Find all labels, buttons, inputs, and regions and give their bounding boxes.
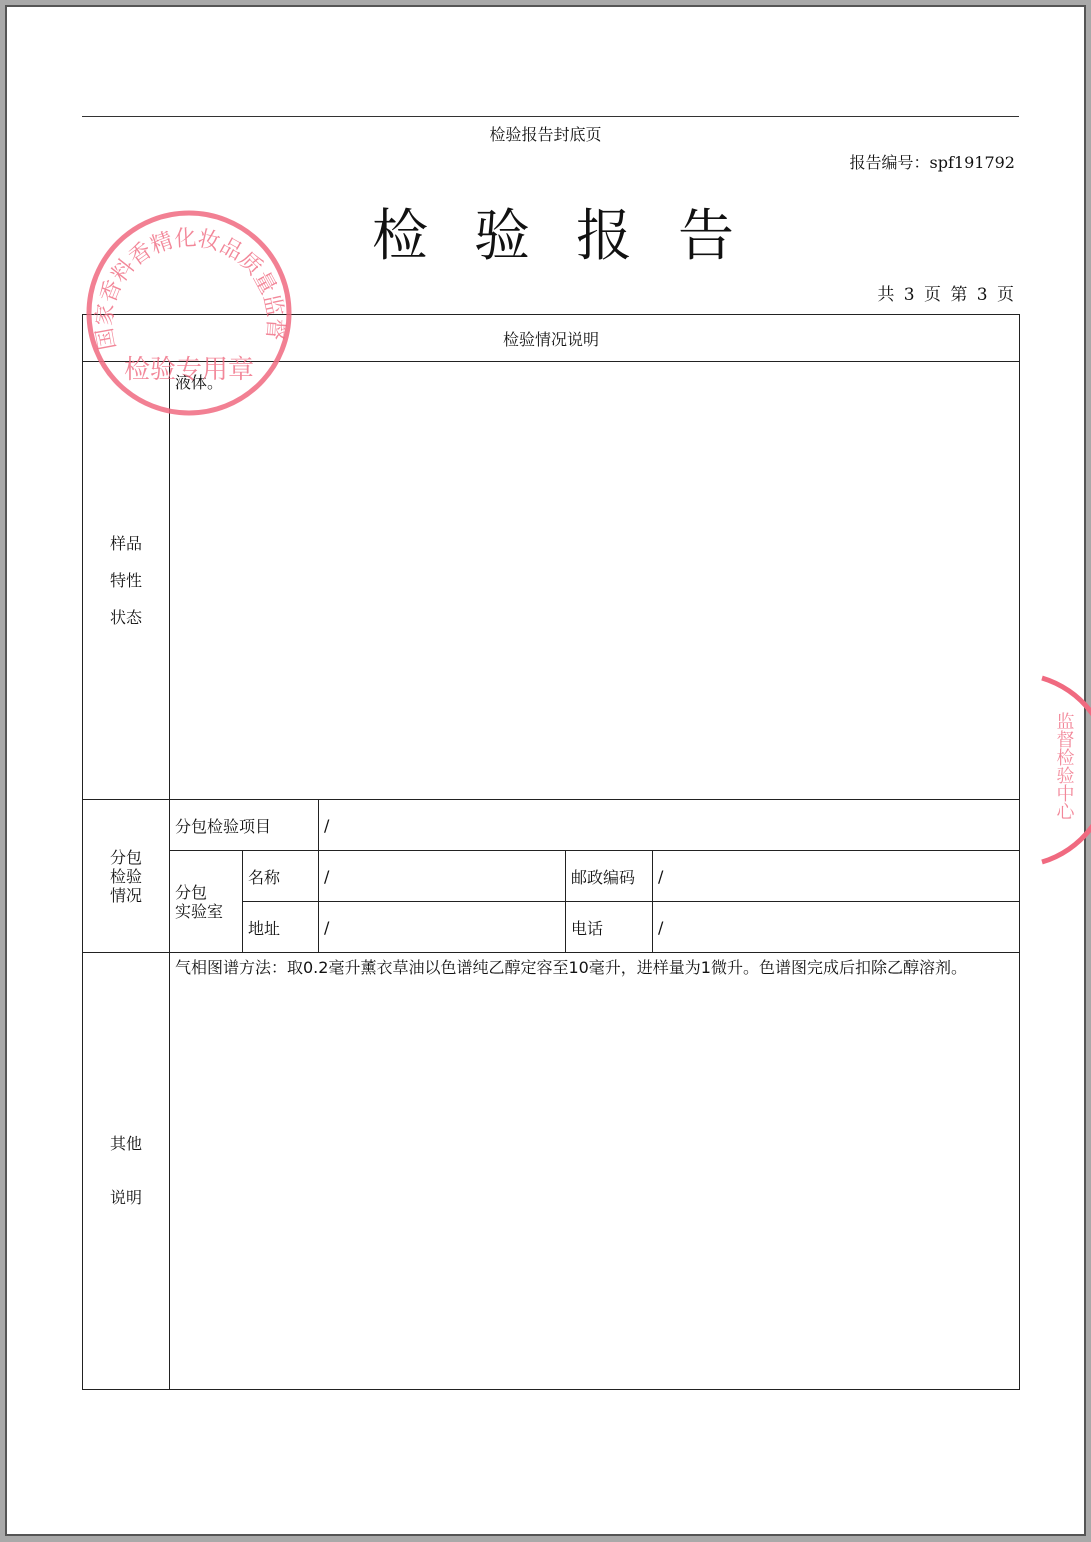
label-line: 说明 (83, 1171, 169, 1225)
phone-label: 电话 (566, 902, 653, 953)
label-line: 特性 (83, 562, 169, 599)
postcode-label: 邮政编码 (566, 851, 653, 902)
postcode-value: / (653, 851, 1020, 902)
label-line: 检验 (83, 867, 169, 886)
subcontract-lab-label: 分包 实验室 (170, 851, 243, 953)
title-char: 告 (678, 192, 780, 272)
sample-value: 液体。 (170, 362, 1020, 800)
subcontract-label: 分包 检验 情况 (83, 800, 170, 953)
header-rule (82, 116, 1019, 117)
section-title: 检验情况说明 (83, 315, 1020, 362)
label-line: 状态 (83, 599, 169, 636)
other-value: 气相图谱方法：取0.2毫升薰衣草油以色谱纯乙醇定容至10毫升，进样量为1微升。色… (170, 953, 1020, 1390)
report-title: 检验报告 (372, 192, 780, 272)
lab-address-label: 地址 (243, 902, 319, 953)
report-number: 报告编号：spf191792 (850, 150, 1015, 173)
lab-name-label: 名称 (243, 851, 319, 902)
label-line: 实验室 (175, 902, 242, 921)
sample-label: 样品 特性 状态 (83, 362, 170, 800)
subcontract-items-label: 分包检验项目 (170, 800, 319, 851)
label-line: 情况 (83, 886, 169, 905)
lab-name-value: / (319, 851, 566, 902)
pagination: 共 3 页 第 3 页 (877, 280, 1014, 305)
label-line: 样品 (83, 525, 169, 562)
title-char: 验 (474, 192, 576, 272)
page-subtitle: 检验报告封底页 (0, 122, 1091, 145)
label-line: 其他 (83, 1117, 169, 1171)
subcontract-items-value: / (319, 800, 1020, 851)
label-line: 分包 (175, 883, 242, 902)
title-char: 报 (576, 192, 678, 272)
label-line: 分包 (83, 848, 169, 867)
lab-address-value: / (319, 902, 566, 953)
title-char: 检 (372, 192, 474, 272)
inspection-table: 检验情况说明 样品 特性 状态 液体。 分包 检验 情况 分包检验项目 / 分包… (82, 314, 1020, 1390)
other-label: 其他 说明 (83, 953, 170, 1390)
phone-value: / (653, 902, 1020, 953)
